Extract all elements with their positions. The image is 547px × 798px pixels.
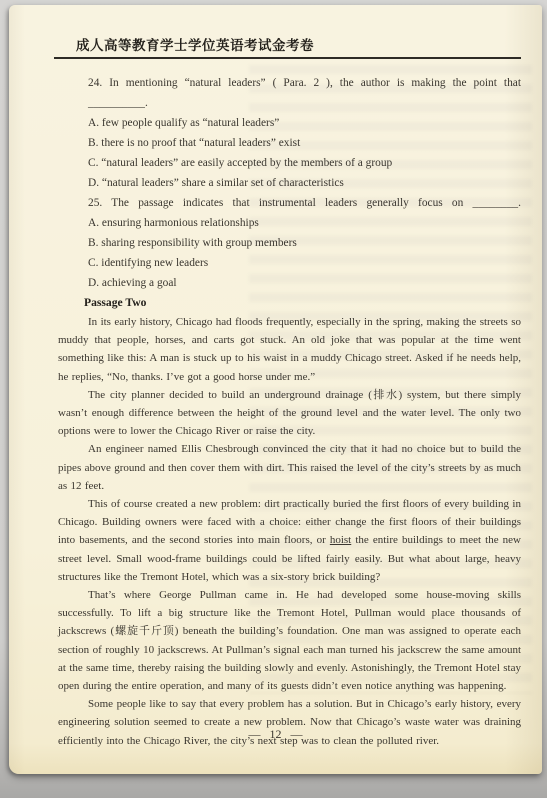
question-25-number: 25. <box>88 197 102 209</box>
question-25-option-a: A. ensuring harmonious relationships <box>88 213 521 233</box>
question-24-option-b: B. there is no proof that “natural leade… <box>88 133 521 153</box>
exam-paper-page: 成人高等教育学士学位英语考试金考卷 24. In mentioning “nat… <box>9 5 542 774</box>
passage-paragraph-2: The city planner decided to build an und… <box>58 386 521 441</box>
question-24-period: . <box>145 97 148 109</box>
passage-paragraph-4: This of course created a new problem: di… <box>58 495 521 586</box>
question-24-stem: 24. In mentioning “natural leaders” ( Pa… <box>88 73 521 113</box>
questions-section: 24. In mentioning “natural leaders” ( Pa… <box>58 73 521 293</box>
page-header: 成人高等教育学士学位英语考试金考卷 <box>58 38 521 59</box>
paragraph-5-text: That’s where George Pullman came in. He … <box>58 589 521 692</box>
passage-paragraph-5: That’s where George Pullman came in. He … <box>58 586 521 695</box>
passage-paragraph-3: An engineer named Ellis Chesbrough convi… <box>58 440 521 495</box>
question-24-number: 24. <box>88 77 102 89</box>
question-25-option-c: C. identifying new leaders <box>88 253 521 273</box>
question-24-option-a: A. few people qualify as “natural leader… <box>88 113 521 133</box>
question-25-period: . <box>518 197 521 209</box>
question-25-text: The passage indicates that instrumental … <box>111 197 463 209</box>
passage-two-heading: Passage Two <box>84 293 521 313</box>
passage-paragraph-1: In its early history, Chicago had floods… <box>58 313 521 386</box>
passage-two-section: Passage Two In its early history, Chicag… <box>58 293 521 750</box>
question-25-answer-blank: ________ <box>473 197 519 209</box>
page-number: — 12 — <box>9 727 542 742</box>
paragraph-4-underlined-word-hoist: hoist <box>330 534 351 546</box>
question-24-option-c: C. “natural leaders” are easily accepted… <box>88 153 521 173</box>
paragraph-2-text: The city planner decided to build an und… <box>58 389 521 437</box>
question-24-option-d: D. “natural leaders” share a similar set… <box>88 173 521 193</box>
question-24-answer-blank: __________ <box>88 97 145 109</box>
scanned-page-background: 成人高等教育学士学位英语考试金考卷 24. In mentioning “nat… <box>0 0 547 798</box>
header-rule <box>54 57 521 59</box>
paragraph-1-text: In its early history, Chicago had floods… <box>58 316 521 383</box>
exam-title: 成人高等教育学士学位英语考试金考卷 <box>76 38 521 54</box>
question-25-option-d: D. achieving a goal <box>88 273 521 293</box>
question-25-stem: 25. The passage indicates that instrumen… <box>88 193 521 213</box>
paragraph-3-text: An engineer named Ellis Chesbrough convi… <box>58 443 521 491</box>
question-24-text: In mentioning “natural leaders” ( Para. … <box>109 77 521 89</box>
question-25-option-b: B. sharing responsibility with group mem… <box>88 233 521 253</box>
